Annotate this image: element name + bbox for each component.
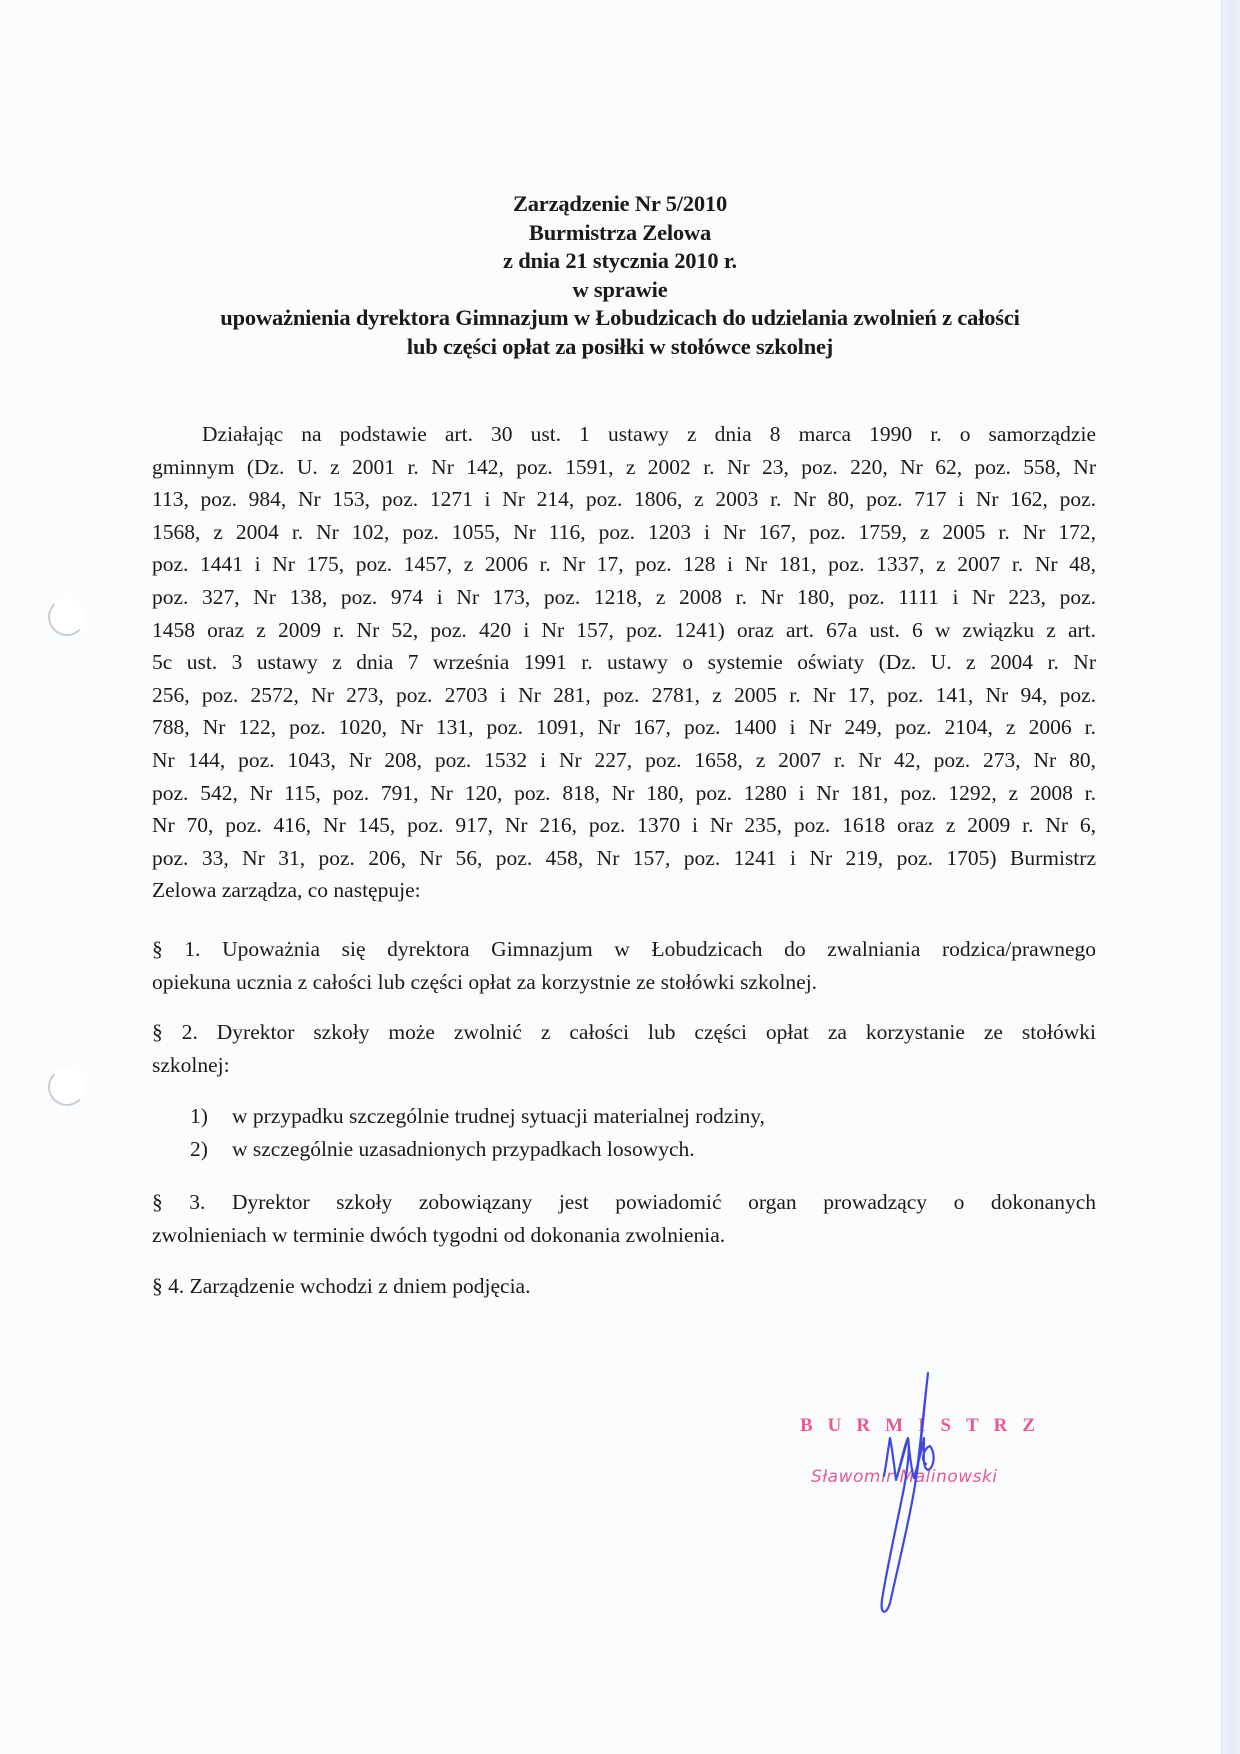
text-line: poz. 33, Nr 31, poz. 206, Nr 56, poz. 45… bbox=[152, 842, 1096, 875]
list-item-text: w przypadku szczególnie trudnej sytuacji… bbox=[232, 1100, 765, 1133]
list-item: 1)w przypadku szczególnie trudnej sytuac… bbox=[190, 1100, 765, 1133]
text-line: gminnym (Dz. U. z 2001 r. Nr 142, poz. 1… bbox=[152, 451, 1096, 484]
subject-line-1: upoważnienia dyrektora Gimnazjum w Łobud… bbox=[140, 304, 1100, 333]
section-4: § 4. Zarządzenie wchodzi z dniem podjęci… bbox=[152, 1270, 1096, 1303]
issuer-line: Burmistrza Zelowa bbox=[140, 219, 1100, 248]
text-line: 1458 oraz z 2009 r. Nr 52, poz. 420 i Nr… bbox=[152, 614, 1096, 647]
handwritten-signature bbox=[850, 1368, 970, 1618]
list-item-text: w szczególnie uzasadnionych przypadkach … bbox=[232, 1133, 695, 1166]
text-line: szkolnej: bbox=[152, 1049, 1096, 1082]
text-line: § 4. Zarządzenie wchodzi z dniem podjęci… bbox=[152, 1270, 1096, 1303]
text-line: opiekuna ucznia z całości lub części opł… bbox=[152, 966, 1096, 999]
page-edge bbox=[1221, 0, 1240, 1754]
text-line: Nr 144, poz. 1043, Nr 208, poz. 1532 i N… bbox=[152, 744, 1096, 777]
text-line: Nr 70, poz. 416, Nr 145, poz. 917, Nr 21… bbox=[152, 809, 1096, 842]
text-line: 256, poz. 2572, Nr 273, poz. 2703 i Nr 2… bbox=[152, 679, 1096, 712]
subject-intro-line: w sprawie bbox=[140, 276, 1100, 305]
text-line: poz. 1441 i Nr 175, poz. 1457, z 2006 r.… bbox=[152, 548, 1096, 581]
text-line: 113, poz. 984, Nr 153, poz. 1271 i Nr 21… bbox=[152, 483, 1096, 516]
punch-hole-bottom bbox=[48, 1068, 86, 1106]
text-line: 1568, z 2004 r. Nr 102, poz. 1055, Nr 11… bbox=[152, 516, 1096, 549]
text-line: poz. 542, Nr 115, poz. 791, Nr 120, poz.… bbox=[152, 777, 1096, 810]
text-line: 788, Nr 122, poz. 1020, Nr 131, poz. 109… bbox=[152, 711, 1096, 744]
text-line: Działając na podstawie art. 30 ust. 1 us… bbox=[152, 418, 1096, 451]
punch-hole-top bbox=[48, 598, 86, 636]
legal-basis-paragraph: Działając na podstawie art. 30 ust. 1 us… bbox=[152, 418, 1096, 907]
list-item: 2)w szczególnie uzasadnionych przypadkac… bbox=[190, 1133, 765, 1166]
section-2-list: 1)w przypadku szczególnie trudnej sytuac… bbox=[190, 1100, 765, 1165]
section-3: § 3. Dyrektor szkoły zobowiązany jest po… bbox=[152, 1186, 1096, 1251]
section-1: § 1. Upoważnia się dyrektora Gimnazjum w… bbox=[152, 933, 1096, 998]
list-item-number: 1) bbox=[190, 1100, 220, 1133]
text-line: zwolnieniach w terminie dwóch tygodni od… bbox=[152, 1219, 1096, 1252]
text-line: § 1. Upoważnia się dyrektora Gimnazjum w… bbox=[152, 933, 1096, 966]
subject-line-2: lub części opłat za posiłki w stołówce s… bbox=[140, 333, 1100, 362]
document-header: Zarządzenie Nr 5/2010 Burmistrza Zelowa … bbox=[140, 190, 1100, 361]
title-line: Zarządzenie Nr 5/2010 bbox=[140, 190, 1100, 219]
text-line: poz. 327, Nr 138, poz. 974 i Nr 173, poz… bbox=[152, 581, 1096, 614]
text-line: 5c ust. 3 ustawy z dnia 7 września 1991 … bbox=[152, 646, 1096, 679]
text-line: § 2. Dyrektor szkoły może zwolnić z cało… bbox=[152, 1016, 1096, 1049]
list-item-number: 2) bbox=[190, 1133, 220, 1166]
text-line: § 3. Dyrektor szkoły zobowiązany jest po… bbox=[152, 1186, 1096, 1219]
date-line: z dnia 21 stycznia 2010 r. bbox=[140, 247, 1100, 276]
section-2: § 2. Dyrektor szkoły może zwolnić z cało… bbox=[152, 1016, 1096, 1081]
text-line: Zelowa zarządza, co następuje: bbox=[152, 874, 1096, 907]
